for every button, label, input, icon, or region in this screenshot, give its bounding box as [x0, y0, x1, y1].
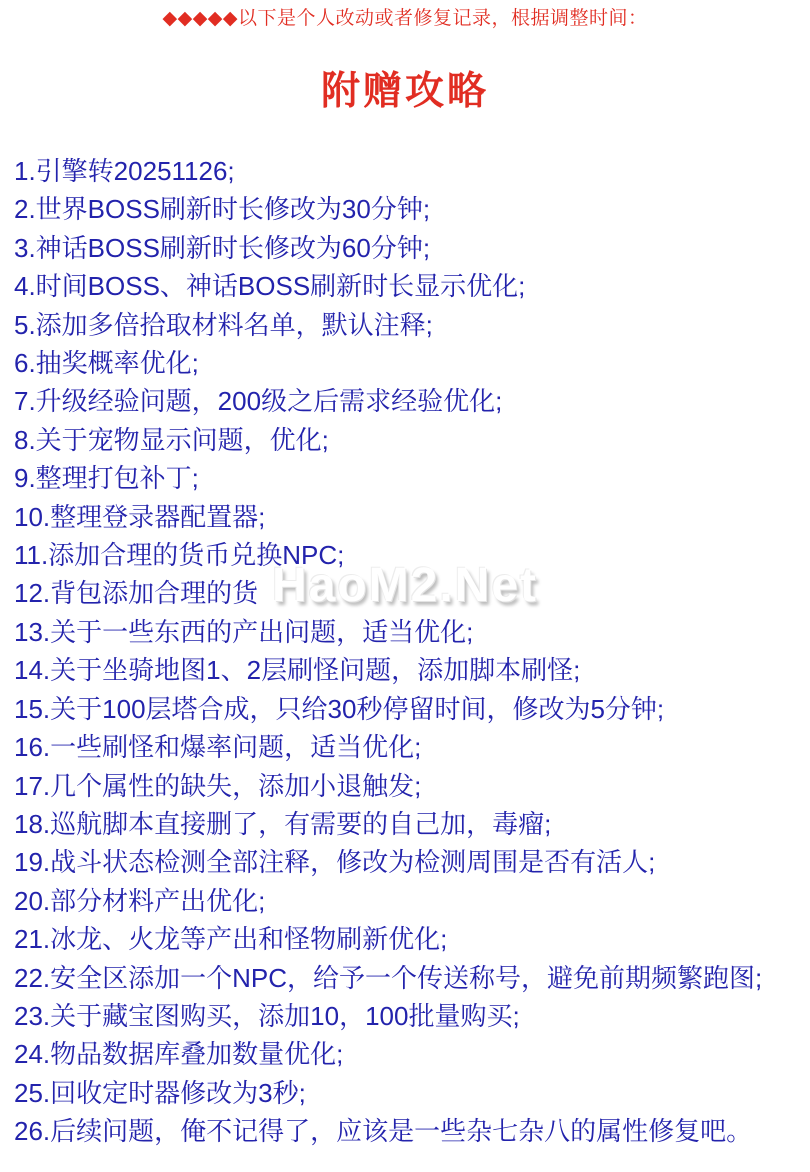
list-item: 20.部分材料产出优化;: [14, 882, 810, 920]
header-note: ◆◆◆◆◆以下是个人改动或者修复记录，根据调整时间：: [0, 0, 810, 30]
list-item: 11.添加合理的货币兑换NPC;: [14, 536, 810, 574]
list-item: 18.巡航脚本直接删了，有需要的自己加，毒瘤;: [14, 805, 810, 843]
list-item: 7.升级经验问题，200级之后需求经验优化;: [14, 382, 810, 420]
list-item: 5.添加多倍拾取材料名单，默认注释;: [14, 306, 810, 344]
list-item: 1.引擎转20251126;: [14, 152, 810, 190]
list-item: 4.时间BOSS、神话BOSS刷新时长显示优化;: [14, 267, 810, 305]
page-title: 附赠攻略: [0, 72, 810, 112]
list-item: 21.冰龙、火龙等产出和怪物刷新优化;: [14, 920, 810, 958]
list-item: 12.背包添加合理的货: [14, 574, 810, 612]
list-item: 19.战斗状态检测全部注释，修改为检测周围是否有活人;: [14, 843, 810, 881]
list-item: 15.关于100层塔合成，只给30秒停留时间，修改为5分钟;: [14, 690, 810, 728]
list-item: 3.神话BOSS刷新时长修改为60分钟;: [14, 229, 810, 267]
list-item: 14.关于坐骑地图1、2层刷怪问题，添加脚本刷怪;: [14, 651, 810, 689]
list-item: 26.后续问题，俺不记得了，应该是一些杂七杂八的属性修复吧。: [14, 1112, 810, 1150]
list-item: 25.回收定时器修改为3秒;: [14, 1074, 810, 1112]
list-item: 23.关于藏宝图购买，添加10，100批量购买;: [14, 997, 810, 1035]
list-item: 17.几个属性的缺失，添加小退触发;: [14, 767, 810, 805]
list-item: 8.关于宠物显示问题，优化;: [14, 421, 810, 459]
change-list: 1.引擎转20251126;2.世界BOSS刷新时长修改为30分钟;3.神话BO…: [0, 152, 810, 1151]
list-item: 6.抽奖概率优化;: [14, 344, 810, 382]
list-item: 2.世界BOSS刷新时长修改为30分钟;: [14, 190, 810, 228]
list-item: 22.安全区添加一个NPC，给予一个传送称号，避免前期频繁跑图;: [14, 959, 810, 997]
list-item: 9.整理打包补丁;: [14, 459, 810, 497]
list-item: 13.关于一些东西的产出问题，适当优化;: [14, 613, 810, 651]
document-page: ◆◆◆◆◆以下是个人改动或者修复记录，根据调整时间： 附赠攻略 1.引擎转202…: [0, 0, 810, 1172]
list-item: 24.物品数据库叠加数量优化;: [14, 1035, 810, 1073]
list-item: 16.一些刷怪和爆率问题，适当优化;: [14, 728, 810, 766]
list-item: 10.整理登录器配置器;: [14, 498, 810, 536]
